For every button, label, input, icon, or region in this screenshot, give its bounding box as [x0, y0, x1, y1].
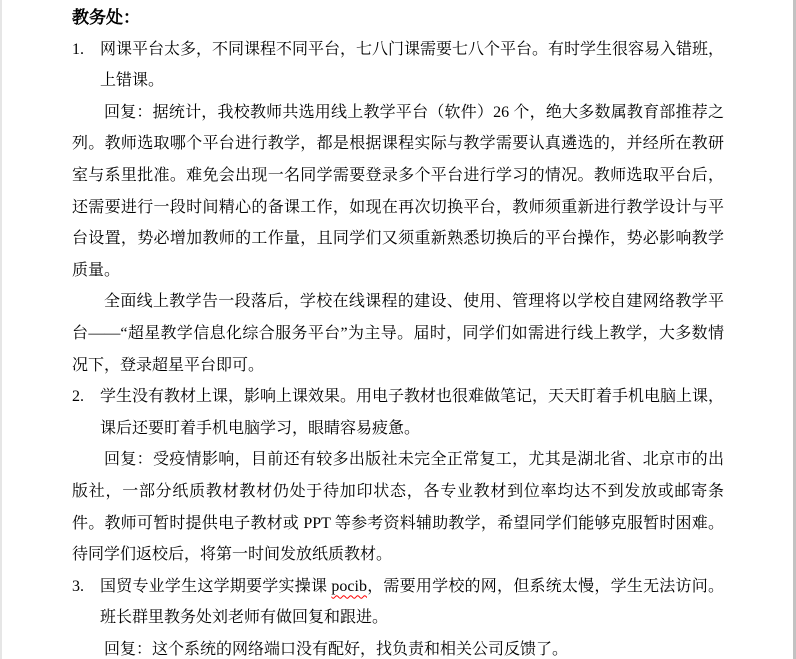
reply-paragraph-1b: 全面线上教学告一段落后，学校在线课程的建设、使用、管理将以学校自建网络教学平台—…: [72, 286, 724, 381]
issue-text-2: 学生没有教材上课，影响上课效果。用电子教材也很难做笔记，天天盯着手机电脑上课，课…: [100, 381, 724, 444]
list-number-2: 2.: [72, 381, 100, 413]
issue-text-3-before: 国贸专业学生这学期要学实操课: [100, 578, 331, 595]
page-title: 教务处：: [72, 2, 724, 34]
issue-text-3: 国贸专业学生这学期要学实操课 pocib，需要用学校的网，但系统太慢，学生无法访…: [100, 571, 724, 634]
list-number-3: 3.: [72, 571, 100, 603]
reply-paragraph-2a: 回复：受疫情影响，目前还有较多出版社未完全正常复工，尤其是湖北省、北京市的出版社…: [72, 444, 724, 570]
reply-paragraph-3a: 回复：这个系统的网络端口没有配好，找负责和相关公司反馈了。: [72, 634, 724, 659]
list-number-1: 1.: [72, 34, 100, 66]
reply-paragraph-1a: 回复：据统计，我校教师共选用线上教学平台（软件）26 个，绝大多数属教育部推荐之…: [72, 97, 724, 287]
document-page: 教务处： 1. 网课平台太多，不同课程不同平台，七八门课需要七八个平台。有时学生…: [0, 2, 796, 659]
qa-item-3: 3. 国贸专业学生这学期要学实操课 pocib，需要用学校的网，但系统太慢，学生…: [72, 571, 724, 634]
qa-item-2: 2. 学生没有教材上课，影响上课效果。用电子教材也很难做笔记，天天盯着手机电脑上…: [72, 381, 724, 444]
spellcheck-word: pocib: [331, 578, 367, 595]
issue-text-1: 网课平台太多，不同课程不同平台，七八门课需要七八个平台。有时学生很容易入错班，上…: [100, 34, 724, 97]
qa-item-1: 1. 网课平台太多，不同课程不同平台，七八门课需要七八个平台。有时学生很容易入错…: [72, 34, 724, 97]
